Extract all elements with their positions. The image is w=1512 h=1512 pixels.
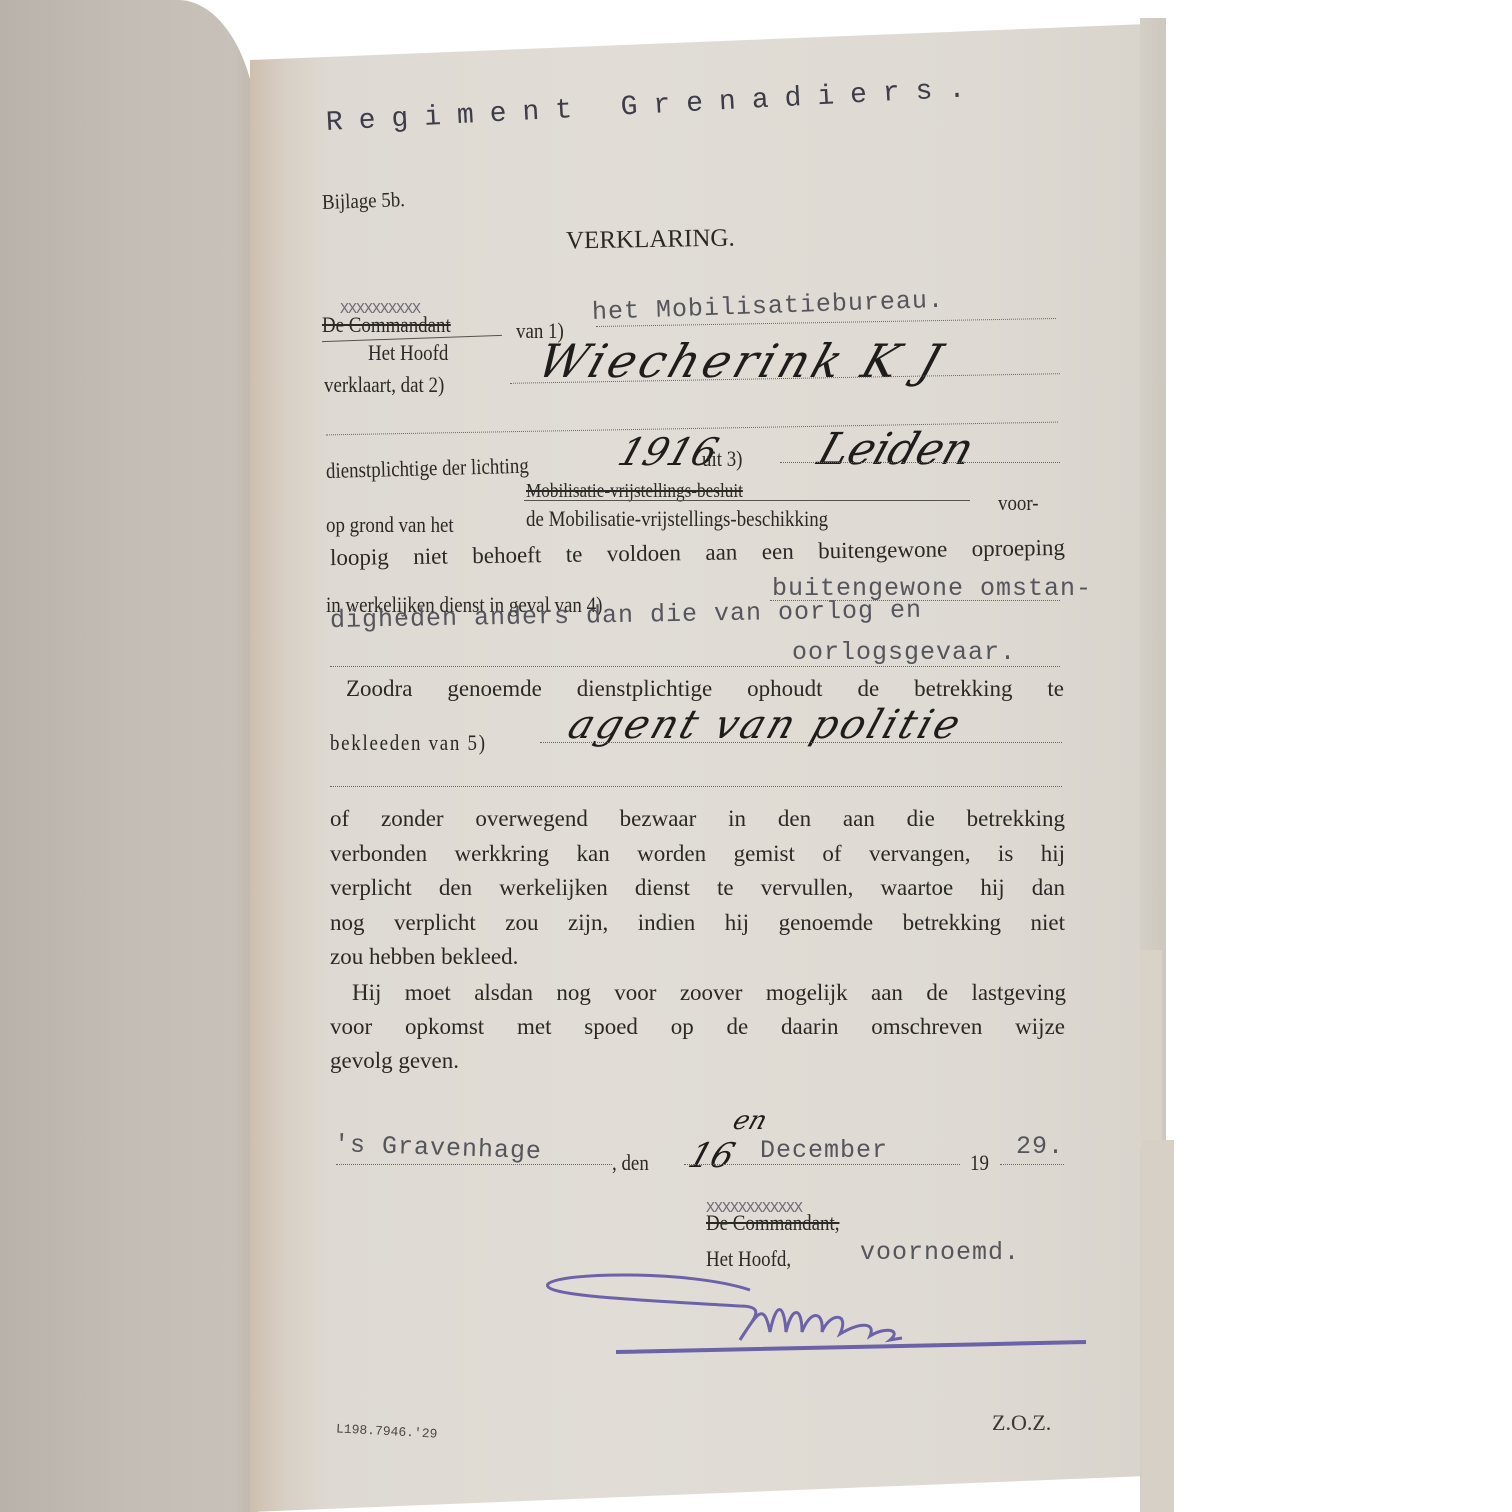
- field5-line2: [330, 786, 1062, 787]
- year-prefix: 19: [970, 1150, 989, 1176]
- field3-value: Leiden: [812, 424, 980, 475]
- signature: [540, 1262, 1100, 1372]
- basis-divider: [524, 500, 970, 501]
- field3-label: uit 3): [702, 446, 742, 472]
- date-label: , den: [612, 1150, 649, 1176]
- text-line: nog verplicht zou zijn, indien hij genoe…: [330, 910, 1065, 936]
- annex-label: Bijlage 5b.: [322, 187, 406, 215]
- basis-replacement: de Mobilisatie-vrijstellings-beschikking: [526, 506, 828, 532]
- field5-label: bekleeden van 5): [330, 730, 487, 756]
- basis-label: op grond van het: [326, 512, 454, 538]
- left-page: [0, 0, 258, 1512]
- sign-role-struck: De Commandant,: [706, 1210, 839, 1236]
- text-line: of zonder overwegend bezwaar in den aan …: [330, 806, 1065, 832]
- date-line: [684, 1164, 960, 1165]
- field5-line: [540, 742, 1062, 743]
- footer-note: Z.O.Z.: [992, 1410, 1051, 1436]
- page-edge-tab: [1140, 950, 1162, 1150]
- place-line: [336, 1164, 612, 1165]
- text-line: Hij moet alsdan nog voor zoover mogelijk…: [352, 980, 1066, 1006]
- role-struck: De Commandant: [322, 312, 451, 338]
- basis-suffix: voor-: [998, 490, 1039, 516]
- month-value: December: [760, 1136, 888, 1165]
- text-line: verbonden werkkring kan worden gemist of…: [330, 841, 1065, 867]
- page-edge-tab: [1142, 1140, 1174, 1512]
- text-line: gevolg geven.: [330, 1048, 1065, 1074]
- lichting-label: dienstplichtige der lichting: [326, 453, 529, 484]
- text-line: Zoodra genoemde dienstplichtige ophoudt …: [346, 676, 1064, 702]
- field4-line2: [330, 666, 1060, 667]
- text-line: verplicht den werkelijken dienst te verv…: [330, 875, 1065, 901]
- text-line: zou hebben bekleed.: [330, 944, 1065, 970]
- document-title: VERKLARING.: [566, 225, 735, 256]
- field2-label: verklaart, dat 2): [324, 372, 444, 398]
- field3-line: [780, 462, 1060, 463]
- year-value: 29.: [1016, 1132, 1064, 1161]
- year-line: [1000, 1164, 1064, 1165]
- field4-value-line3: oorlogsgevaar.: [792, 638, 1016, 667]
- field2-value: Wiecherink K J: [531, 334, 952, 388]
- text-line: voor opkomst met spoed op de daarin omsc…: [330, 1014, 1065, 1040]
- role-replacement: Het Hoofd: [368, 340, 448, 366]
